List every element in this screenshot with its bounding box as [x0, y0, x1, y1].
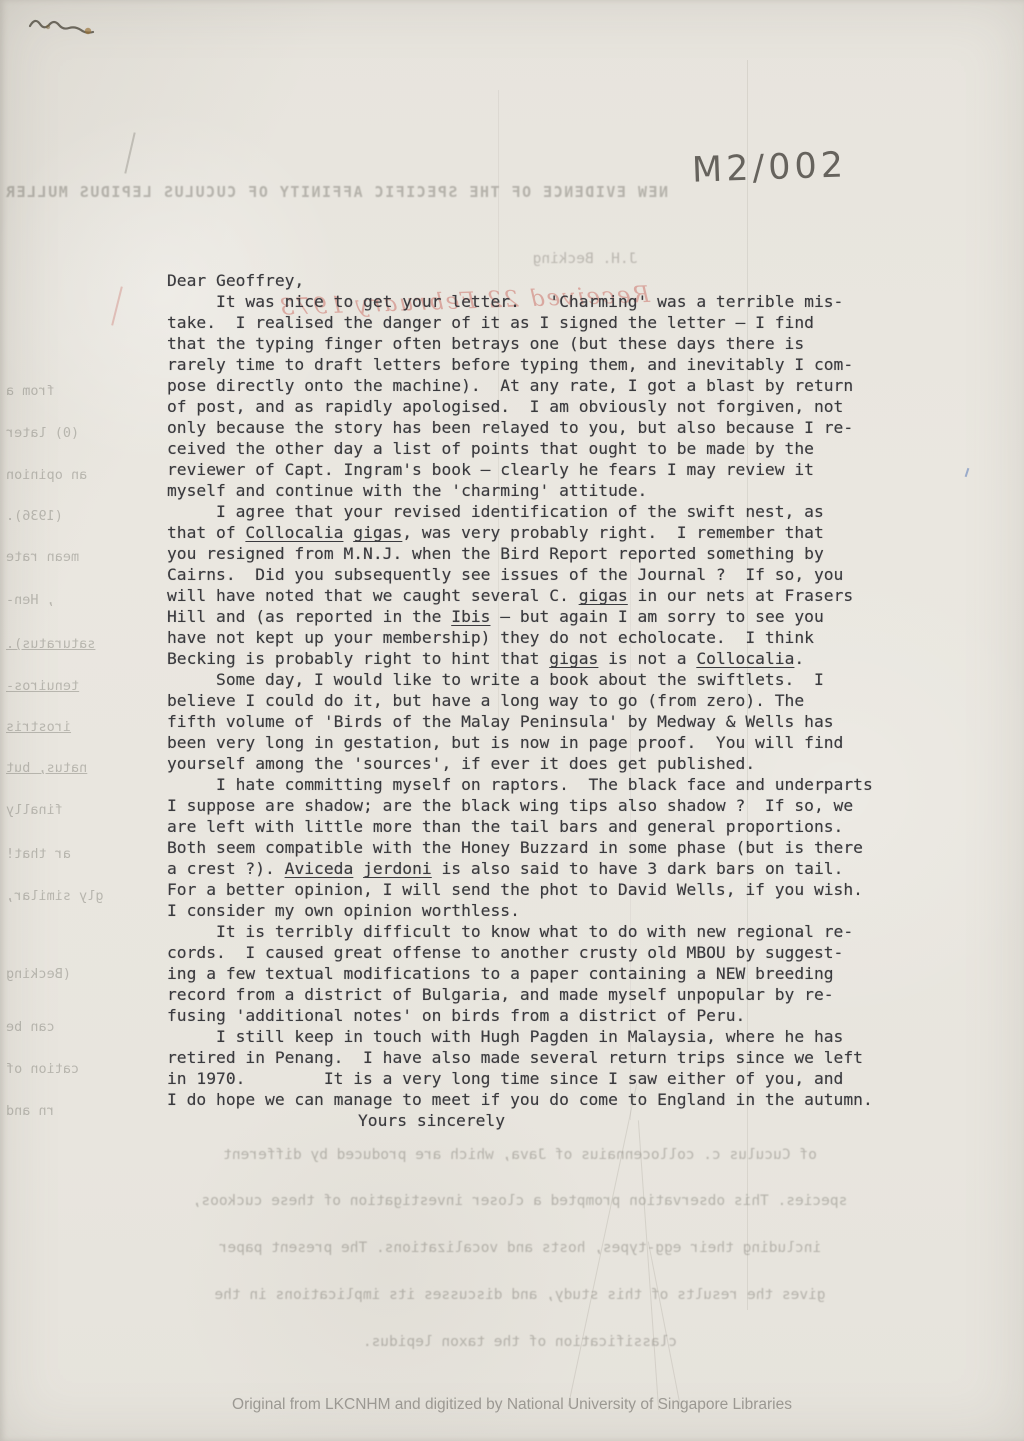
paper-crease	[747, 60, 748, 1310]
bleedthrough-fragment: ar that!	[6, 846, 158, 862]
bleedthrough-line: of Cuculus c. collocennaius of Java, whi…	[100, 1147, 940, 1163]
signoff: Yours sincerely	[167, 1110, 937, 1131]
bleedthrough-fragment: finally	[6, 802, 158, 818]
bleedthrough-fragment: (0) later	[6, 425, 158, 441]
letter-paragraph: I still keep in touch with Hugh Pagden i…	[167, 1026, 937, 1110]
bleedthrough-line: gives the results of this study, and dis…	[100, 1287, 940, 1303]
bleedthrough-fragment: irostris	[6, 719, 158, 735]
bleedthrough-fragment: tenuiros-	[6, 678, 158, 694]
letter-scan-page: NEW EVIDENCE OF THE SPECIFIC AFFINITY OF…	[0, 0, 1024, 1441]
bleedthrough-author: J.H. Becking	[500, 251, 670, 267]
letter-paragraph: It was nice to get your letter. 'Charmin…	[167, 291, 937, 501]
bleedthrough-fragment: gly similar,	[6, 888, 158, 904]
bleedthrough-fragment: mean rate	[6, 549, 158, 565]
bleedthrough-fragment: natus, but	[6, 760, 158, 776]
catalog-number-annotation: M2/002	[691, 145, 847, 190]
pencil-mark	[124, 132, 135, 173]
blue-pen-mark	[965, 468, 970, 477]
bleedthrough-fragment: an opinion	[6, 467, 158, 483]
red-pen-mark	[111, 286, 123, 325]
bleedthrough-line: species. This observation prompted a clo…	[100, 1193, 940, 1209]
bleedthrough-fragment: saturatus).	[6, 636, 158, 652]
paper-crease	[630, 560, 631, 1120]
bleedthrough-fragment: from a	[6, 383, 158, 399]
letter-paragraph: It is terribly difficult to know what to…	[167, 921, 937, 1026]
bleedthrough-title: NEW EVIDENCE OF THE SPECIFIC AFFINITY OF…	[0, 183, 668, 201]
letter-paragraph: I agree that your revised identification…	[167, 501, 937, 669]
paper-crease	[498, 90, 499, 730]
bleedthrough-line: classification of the taxon lepidus.	[100, 1334, 940, 1350]
ink-squiggle-mark	[26, 12, 110, 44]
bleedthrough-fragment: rn and	[6, 1103, 158, 1119]
bleedthrough-fragment: cation of	[6, 1061, 158, 1077]
digitization-credit: Original from LKCNHM and digitized by Na…	[0, 1396, 1024, 1414]
bleedthrough-fragment: can be	[6, 1019, 158, 1035]
bleedthrough-fragment: , Hen-	[6, 592, 158, 608]
letter-paragraph: Some day, I would like to write a book a…	[167, 669, 937, 774]
letter-paragraph: I hate committing myself on raptors. The…	[167, 774, 937, 921]
salutation: Dear Geoffrey,	[167, 270, 937, 291]
paper-crease	[638, 1120, 659, 1409]
bleedthrough-fragment: (1936).	[6, 508, 158, 524]
letter-body: Dear Geoffrey, It was nice to get your l…	[167, 270, 937, 1131]
bleedthrough-line: including their egg-types, hosts and voc…	[100, 1240, 940, 1256]
bleedthrough-fragment: (Becking	[6, 966, 158, 982]
